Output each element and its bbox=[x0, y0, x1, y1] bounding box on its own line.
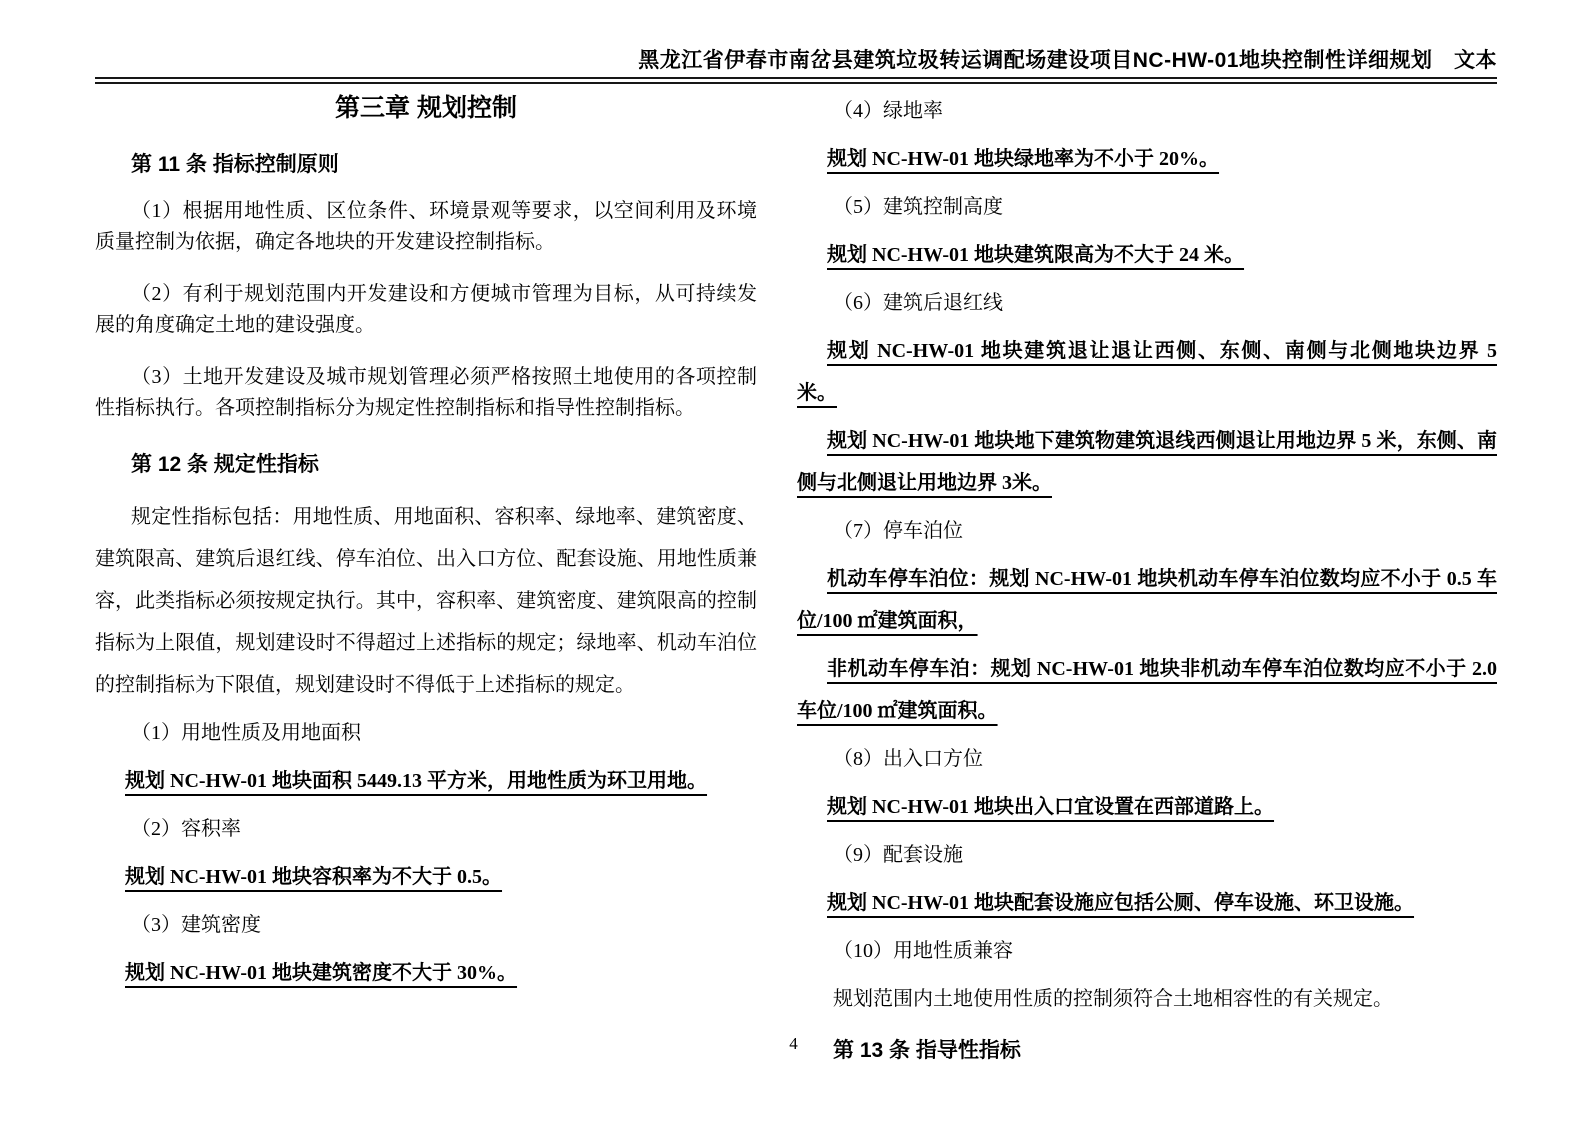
spec-text: 规划 NC-HW-01 地块配套设施应包括公厕、停车设施、环卫设施。 bbox=[827, 892, 1430, 914]
spec-line: 规划 NC-HW-01 地块绿地率为不小于 20%。 bbox=[797, 138, 1497, 180]
spec-text: 规划 NC-HW-01 地块地下建筑物建筑退线西侧退让用地边界 5 米，东侧、南… bbox=[797, 430, 1497, 494]
header-divider-rule bbox=[95, 77, 1497, 84]
spec-line: 规划 NC-HW-01 地块面积 5449.13 平方米，用地性质为环卫用地。 bbox=[95, 760, 757, 802]
spec-text: 规划 NC-HW-01 地块出入口宜设置在西部道路上。 bbox=[827, 796, 1290, 818]
item-heading: （5）建筑控制高度 bbox=[797, 186, 1497, 228]
chapter-title: 第三章 规划控制 bbox=[95, 92, 757, 124]
paragraph: 规划范围内土地使用性质的控制须符合土地相容性的有关规定。 bbox=[797, 978, 1497, 1020]
item-heading: （3）建筑密度 bbox=[95, 904, 757, 946]
spec-line: 规划 NC-HW-01 地块出入口宜设置在西部道路上。 bbox=[797, 786, 1497, 828]
spec-text: 规划 NC-HW-01 地块容积率为不大于 0.5。 bbox=[125, 866, 518, 888]
item-heading: （7）停车泊位 bbox=[797, 510, 1497, 552]
spec-line: 规划 NC-HW-01 地块建筑密度不大于 30%。 bbox=[95, 952, 757, 994]
page-number: 4 bbox=[0, 1034, 1587, 1054]
spec-line: 非机动车停车泊：规划 NC-HW-01 地块非机动车停车泊位数均应不小于 2.0… bbox=[797, 648, 1497, 732]
item-heading: （2）容积率 bbox=[95, 808, 757, 850]
spec-text: 规划 NC-HW-01 地块建筑退让退让西侧、东侧、南侧与北侧地块边界 5 米。 bbox=[797, 340, 1497, 404]
page-body: 第三章 规划控制 第 11 条 指标控制原则 （1）根据用地性质、区位条件、环境… bbox=[95, 84, 1497, 1066]
left-column: 第三章 规划控制 第 11 条 指标控制原则 （1）根据用地性质、区位条件、环境… bbox=[95, 84, 757, 1000]
right-column: （4）绿地率 规划 NC-HW-01 地块绿地率为不小于 20%。 （5）建筑控… bbox=[797, 84, 1497, 1066]
item-heading: （1）用地性质及用地面积 bbox=[95, 712, 757, 754]
paragraph: （2）有利于规划范围内开发建设和方便城市管理为目标，从可持续发展的角度确定土地的… bbox=[95, 279, 757, 341]
paragraph: （3）土地开发建设及城市规划管理必须严格按照土地使用的各项控制性指标执行。各项控… bbox=[95, 362, 757, 424]
section-heading-article-11: 第 11 条 指标控制原则 bbox=[95, 150, 757, 180]
spec-text: 非机动车停车泊：规划 NC-HW-01 地块非机动车停车泊位数均应不小于 2.0… bbox=[797, 658, 1497, 722]
spec-line: 规划 NC-HW-01 地块建筑退让退让西侧、东侧、南侧与北侧地块边界 5 米。 bbox=[797, 330, 1497, 414]
running-header-title: 黑龙江省伊春市南岔县建筑垃圾转运调配场建设项目NC-HW-01地块控制性详细规划… bbox=[638, 49, 1497, 73]
spec-text: 规划 NC-HW-01 地块建筑密度不大于 30%。 bbox=[125, 962, 533, 984]
item-heading: （6）建筑后退红线 bbox=[797, 282, 1497, 324]
spec-line: 规划 NC-HW-01 地块容积率为不大于 0.5。 bbox=[95, 856, 757, 898]
item-heading: （8）出入口方位 bbox=[797, 738, 1497, 780]
section-heading-article-12: 第 12 条 规定性指标 bbox=[95, 450, 757, 480]
spec-text: 规划 NC-HW-01 地块建筑限高为不大于 24 米。 bbox=[827, 244, 1260, 266]
spec-line: 机动车停车泊位：规划 NC-HW-01 地块机动车停车泊位数均应不小于 0.5 … bbox=[797, 558, 1497, 642]
paragraph: 规定性指标包括：用地性质、用地面积、容积率、绿地率、建筑密度、建筑限高、建筑后退… bbox=[95, 496, 757, 706]
spec-line: 规划 NC-HW-01 地块配套设施应包括公厕、停车设施、环卫设施。 bbox=[797, 882, 1497, 924]
spec-text: 规划 NC-HW-01 地块面积 5449.13 平方米，用地性质为环卫用地。 bbox=[125, 770, 723, 792]
spec-line: 规划 NC-HW-01 地块建筑限高为不大于 24 米。 bbox=[797, 234, 1497, 276]
item-heading: （9）配套设施 bbox=[797, 834, 1497, 876]
spec-text: 机动车停车泊位：规划 NC-HW-01 地块机动车停车泊位数均应不小于 0.5 … bbox=[797, 568, 1497, 632]
item-heading: （10）用地性质兼容 bbox=[797, 930, 1497, 972]
document-page: { "header": { "title": "黑龙江省伊春市南岔县建筑垃圾转运… bbox=[0, 0, 1587, 1122]
spec-line: 规划 NC-HW-01 地块地下建筑物建筑退线西侧退让用地边界 5 米，东侧、南… bbox=[797, 420, 1497, 504]
item-heading: （4）绿地率 bbox=[797, 90, 1497, 132]
paragraph: （1）根据用地性质、区位条件、环境景观等要求，以空间利用及环境质量控制为依据，确… bbox=[95, 196, 757, 258]
spec-text: 规划 NC-HW-01 地块绿地率为不小于 20%。 bbox=[827, 148, 1235, 170]
